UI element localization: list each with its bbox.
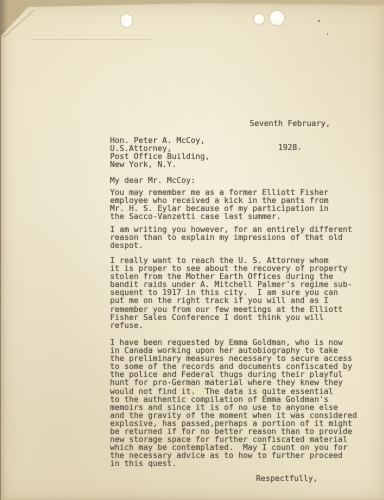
corner-fold-crease — [4, 10, 34, 38]
letter-date: Seventh February, 1928. — [248, 104, 332, 161]
body-paragraph-1: You may remember me as a former Elliott … — [110, 189, 329, 221]
scanned-letter-page: { "colors": { "paper": "#efe6cd", "ink":… — [0, 0, 384, 500]
body-paragraph-3: I really want to reach the U. S. Attorne… — [110, 257, 352, 330]
paper-speck — [327, 33, 328, 35]
punch-hole — [254, 14, 264, 24]
letter-date-line2: 1928. — [248, 144, 332, 152]
salutation: My dear Mr. McCoy: — [110, 177, 196, 185]
letter-date-line1: Seventh February, — [248, 120, 332, 128]
recipient-address: Hon. Peter A. McCoy, U.S.Attorney, Post … — [110, 137, 210, 169]
closing-respectfully: Respectfully, — [256, 475, 318, 483]
body-paragraph-2: I am writing you however, for an entirel… — [110, 226, 352, 250]
punch-hole — [121, 14, 132, 27]
paper-crease — [31, 39, 151, 40]
paper-speck — [318, 20, 320, 22]
body-paragraph-4: I have been requested by Emma Goldman, w… — [110, 339, 357, 469]
punch-hole — [270, 11, 284, 25]
